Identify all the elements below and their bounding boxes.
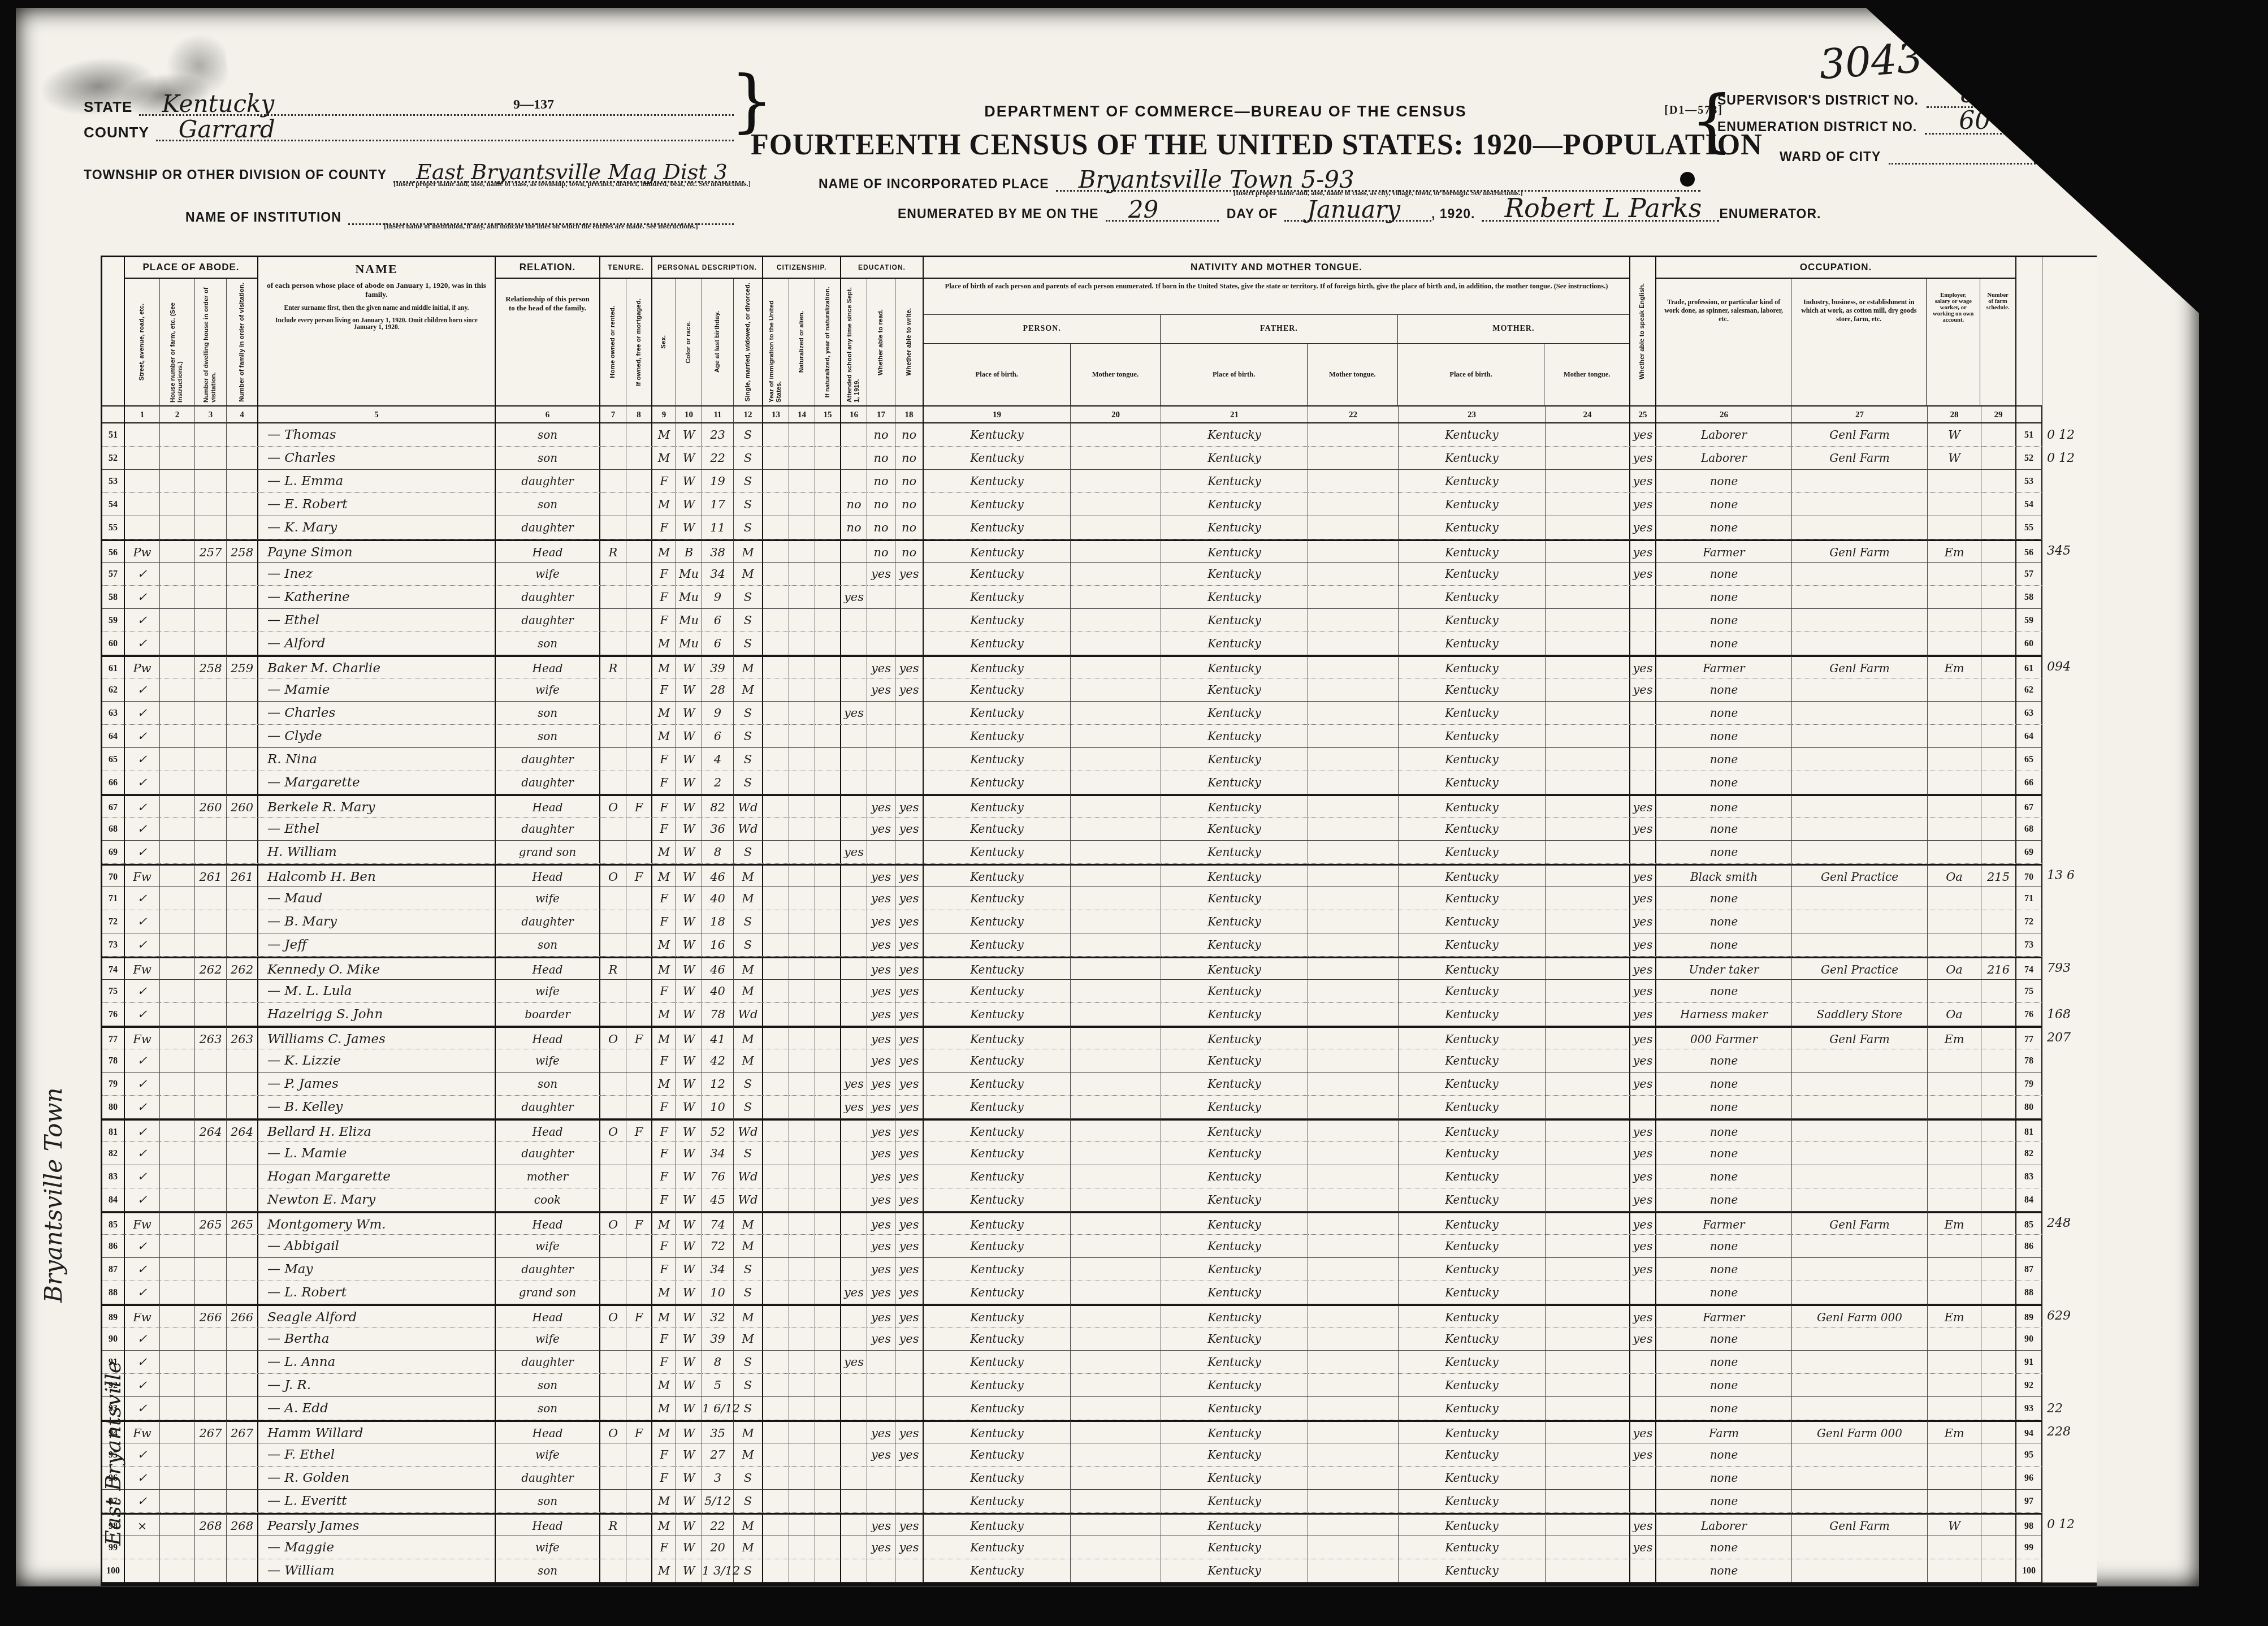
cell-marital: M xyxy=(734,1536,763,1559)
cell-mother_tongue_father xyxy=(1308,609,1399,632)
col-marital: Single, married, widowed, or divorced. xyxy=(734,279,763,405)
margin-note: 207 xyxy=(2042,1026,2096,1049)
cell-able_read: yes xyxy=(867,1443,895,1467)
col-sex: Sex. xyxy=(652,279,676,405)
cell-age: 46 xyxy=(702,864,734,887)
cell-year_naturalization xyxy=(815,678,841,702)
cell-industry xyxy=(1792,1235,1928,1258)
cell-pob_mother: Kentucky xyxy=(1399,1235,1546,1258)
cell-farm_schedule xyxy=(1981,1374,2016,1397)
cell-able_read: yes xyxy=(867,1026,895,1049)
census-table: PLACE OF ABODE. Street, avenue, road, et… xyxy=(101,256,2097,1586)
cell-family_number: 266 xyxy=(227,1304,258,1327)
cell-name: — William xyxy=(258,1559,496,1582)
section-name: NAME of each person whose place of abode… xyxy=(258,257,496,405)
cell-marital: S xyxy=(734,1096,763,1119)
cell-pob_person: Kentucky xyxy=(924,771,1071,794)
col-trade: Trade, profession, or partic­ular kind o… xyxy=(1656,279,1791,405)
cell-relation: boarder xyxy=(496,1003,600,1026)
cell-age: 38 xyxy=(702,539,734,563)
cell-mother_tongue_person xyxy=(1071,1490,1161,1513)
cell-dwelling_number xyxy=(195,1490,227,1513)
cell-able_read xyxy=(867,632,895,655)
cell-pob_father: Kentucky xyxy=(1161,1443,1308,1467)
section-tenure: TENURE. Home owned or rented. If owned, … xyxy=(600,257,652,405)
cell-dwelling_number xyxy=(195,725,227,748)
enumerated-prefix: ENUMERATED BY ME ON THE xyxy=(898,206,1099,222)
cell-pob_mother: Kentucky xyxy=(1399,748,1546,771)
cell-home_owned_or_rented xyxy=(600,632,626,655)
cell-free_or_mortgaged xyxy=(626,1327,652,1351)
col-pob-father: Place of birth. xyxy=(1161,344,1308,405)
cell-pob_mother: Kentucky xyxy=(1399,933,1546,957)
cell-speaks_english: yes xyxy=(1630,1212,1656,1235)
cell-name: — B. Kelley xyxy=(258,1096,496,1119)
cell-able_write: yes xyxy=(895,1188,924,1212)
cell-name: — Alford xyxy=(258,632,496,655)
margin-note: 228 xyxy=(2042,1420,2096,1443)
cell-mother_tongue_person xyxy=(1071,1073,1161,1096)
cell-year_immigration xyxy=(763,1026,789,1049)
cell-street: Fw xyxy=(125,864,160,887)
cell-year_immigration xyxy=(763,516,789,539)
table-row: 64✓— ClydesonMW6SKentuckyKentuckyKentuck… xyxy=(102,725,2097,748)
cell-pob_father: Kentucky xyxy=(1161,1142,1308,1165)
cell-home_owned_or_rented xyxy=(600,1142,626,1165)
table-row: 84✓Newton E. MarycookFW45WdyesyesKentuck… xyxy=(102,1188,2097,1212)
cell-farm_schedule xyxy=(1981,702,2016,725)
cell-attended_school xyxy=(841,1467,867,1490)
cell-able_read: yes xyxy=(867,678,895,702)
cell-able_read: yes xyxy=(867,1049,895,1073)
cell-dwelling_number xyxy=(195,1467,227,1490)
cell-home_owned_or_rented xyxy=(600,748,626,771)
cell-home_owned_or_rented: O xyxy=(600,1026,626,1049)
cell-able_write: yes xyxy=(895,1281,924,1304)
cell-naturalized xyxy=(789,1165,815,1188)
cell-home_owned_or_rented xyxy=(600,1096,626,1119)
cell-pob_father: Kentucky xyxy=(1161,516,1308,539)
cell-pob_person: Kentucky xyxy=(924,887,1071,910)
cell-color: W xyxy=(676,1073,702,1096)
cell-home_owned_or_rented xyxy=(600,516,626,539)
cell-trade: none xyxy=(1656,725,1792,748)
cell-farm_schedule xyxy=(1981,1119,2016,1142)
cell-year_immigration xyxy=(763,725,789,748)
col-number: 20 xyxy=(1071,405,1161,423)
cell-industry: Genl Farm xyxy=(1792,1513,1928,1536)
name-title: NAME xyxy=(264,262,489,276)
cell-house_number xyxy=(160,725,195,748)
table-row: 100— WilliamsonMW1 3/12SKentuckyKentucky… xyxy=(102,1559,2097,1584)
cell-able_read: yes xyxy=(867,1420,895,1443)
cell-naturalized xyxy=(789,1536,815,1559)
cell-trade: none xyxy=(1656,1142,1792,1165)
cell-speaks_english: yes xyxy=(1630,1304,1656,1327)
nativity-note: Place of birth of each person and parent… xyxy=(924,279,1629,315)
cell-name: — J. R. xyxy=(258,1374,496,1397)
margin-note xyxy=(2042,470,2096,493)
cell-name: R. Nina xyxy=(258,748,496,771)
line-number-right: 79 xyxy=(2016,1073,2042,1096)
col-number: 23 xyxy=(1399,405,1546,423)
cell-naturalized xyxy=(789,516,815,539)
cell-trade: none xyxy=(1656,748,1792,771)
cell-home_owned_or_rented xyxy=(600,1351,626,1374)
cell-age: 9 xyxy=(702,702,734,725)
cell-mother_tongue_mother xyxy=(1546,1443,1630,1467)
cell-pob_mother: Kentucky xyxy=(1399,725,1546,748)
cell-marital: M xyxy=(734,1212,763,1235)
cell-age: 20 xyxy=(702,1536,734,1559)
line-number-right: 52 xyxy=(2016,447,2042,470)
cell-pob_mother: Kentucky xyxy=(1399,1188,1546,1212)
cell-industry: Genl Practice xyxy=(1792,957,1928,980)
cell-employer_class xyxy=(1928,632,1981,655)
line-number-left: 64 xyxy=(102,725,125,748)
cell-dwelling_number xyxy=(195,818,227,841)
cell-pob_mother: Kentucky xyxy=(1399,1467,1546,1490)
cell-employer_class xyxy=(1928,702,1981,725)
table-row: 88✓— L. Robertgrand sonMW10SyesyesyesKen… xyxy=(102,1281,2097,1304)
cell-year_naturalization xyxy=(815,1119,841,1142)
cell-pob_person: Kentucky xyxy=(924,864,1071,887)
cell-free_or_mortgaged xyxy=(626,1397,652,1420)
cell-industry xyxy=(1792,1165,1928,1188)
cell-house_number xyxy=(160,910,195,933)
cell-name: Williams C. James xyxy=(258,1026,496,1049)
cell-free_or_mortgaged xyxy=(626,1467,652,1490)
cell-street xyxy=(125,470,160,493)
margin-note xyxy=(2042,1049,2096,1073)
cell-free_or_mortgaged xyxy=(626,1536,652,1559)
cell-relation: wife xyxy=(496,1443,600,1467)
cell-mother_tongue_father xyxy=(1308,910,1399,933)
cell-sex: M xyxy=(652,864,676,887)
cell-sex: F xyxy=(652,1467,676,1490)
cell-able_write xyxy=(895,771,924,794)
cell-pob_person: Kentucky xyxy=(924,1467,1071,1490)
cell-relation: Head xyxy=(496,1119,600,1142)
cell-attended_school xyxy=(841,910,867,933)
cell-pob_father: Kentucky xyxy=(1161,1096,1308,1119)
cell-industry xyxy=(1792,1073,1928,1096)
cell-mother_tongue_person xyxy=(1071,1119,1161,1142)
cell-year_immigration xyxy=(763,1142,789,1165)
col-number: 29 xyxy=(1981,405,2016,423)
cell-pob_person: Kentucky xyxy=(924,1235,1071,1258)
line-number-left: 59 xyxy=(102,609,125,632)
cell-name: — Maggie xyxy=(258,1536,496,1559)
col-home-owned: Home owned or rented. xyxy=(600,279,626,405)
cell-home_owned_or_rented xyxy=(600,609,626,632)
cell-industry: Genl Farm xyxy=(1792,1026,1928,1049)
cell-naturalized xyxy=(789,1096,815,1119)
cell-able_write xyxy=(895,1490,924,1513)
cell-home_owned_or_rented xyxy=(600,1258,626,1281)
cell-pob_father: Kentucky xyxy=(1161,1420,1308,1443)
cell-marital: M xyxy=(734,1304,763,1327)
cell-sex: M xyxy=(652,1073,676,1096)
cell-able_write: yes xyxy=(895,1513,924,1536)
cell-speaks_english: yes xyxy=(1630,887,1656,910)
column-numbers-row: 1234567891011121314151617181920212223242… xyxy=(102,405,2097,423)
cell-year_immigration xyxy=(763,933,789,957)
cell-speaks_english: yes xyxy=(1630,493,1656,516)
cell-street: ✓ xyxy=(125,1490,160,1513)
col-number: 22 xyxy=(1308,405,1399,423)
cell-home_owned_or_rented xyxy=(600,818,626,841)
cell-year_naturalization xyxy=(815,1235,841,1258)
margin-note-inner: East Bryantsville xyxy=(101,1003,125,1546)
cell-street: ✓ xyxy=(125,1003,160,1026)
line-number-right: 89 xyxy=(2016,1304,2042,1327)
cell-able_read: yes xyxy=(867,1258,895,1281)
cell-marital: S xyxy=(734,1490,763,1513)
cell-able_read xyxy=(867,1467,895,1490)
line-number-gutter-right xyxy=(2016,257,2042,405)
cell-pob_mother: Kentucky xyxy=(1399,1374,1546,1397)
cell-speaks_english xyxy=(1630,632,1656,655)
cell-mother_tongue_mother xyxy=(1546,423,1630,447)
cell-industry: Genl Farm xyxy=(1792,447,1928,470)
cell-dwelling_number xyxy=(195,933,227,957)
cell-pob_mother: Kentucky xyxy=(1399,423,1546,447)
cell-free_or_mortgaged xyxy=(626,1003,652,1026)
cell-pob_father: Kentucky xyxy=(1161,1119,1308,1142)
cell-dwelling_number xyxy=(195,1096,227,1119)
cell-mother_tongue_person xyxy=(1071,1096,1161,1119)
cell-able_write: yes xyxy=(895,1096,924,1119)
cell-free_or_mortgaged: F xyxy=(626,794,652,818)
cell-attended_school xyxy=(841,1119,867,1142)
col-free-mortgaged: If owned, free or mortgaged. xyxy=(626,279,652,405)
cell-age: 16 xyxy=(702,933,734,957)
cell-name: Bellard H. Eliza xyxy=(258,1119,496,1142)
line-number-right: 82 xyxy=(2016,1142,2042,1165)
cell-speaks_english: yes xyxy=(1630,1443,1656,1467)
cell-sex: F xyxy=(652,1165,676,1188)
cell-family_number xyxy=(227,470,258,493)
cell-age: 76 xyxy=(702,1165,734,1188)
cell-speaks_english xyxy=(1630,771,1656,794)
cell-industry xyxy=(1792,748,1928,771)
cell-name: — Abbigail xyxy=(258,1235,496,1258)
cell-speaks_english: yes xyxy=(1630,1142,1656,1165)
line-number-right: 81 xyxy=(2016,1119,2042,1142)
cell-farm_schedule xyxy=(1981,933,2016,957)
cell-sex: F xyxy=(652,470,676,493)
line-number-left: 62 xyxy=(102,678,125,702)
cell-mother_tongue_father xyxy=(1308,1142,1399,1165)
cell-name: Berkele R. Mary xyxy=(258,794,496,818)
cell-attended_school xyxy=(841,609,867,632)
cell-name: — Charles xyxy=(258,447,496,470)
cell-naturalized xyxy=(789,864,815,887)
cell-dwelling_number: 262 xyxy=(195,957,227,980)
col-number: 16 xyxy=(841,405,867,423)
cell-dwelling_number xyxy=(195,1397,227,1420)
cell-trade: Harness maker xyxy=(1656,1003,1792,1026)
cell-naturalized xyxy=(789,1374,815,1397)
cell-naturalized xyxy=(789,1304,815,1327)
cell-farm_schedule xyxy=(1981,423,2016,447)
cell-relation: wife xyxy=(496,1049,600,1073)
line-number-right: 87 xyxy=(2016,1258,2042,1281)
cell-trade: none xyxy=(1656,887,1792,910)
cell-pob_father: Kentucky xyxy=(1161,1258,1308,1281)
cell-mother_tongue_mother xyxy=(1546,1258,1630,1281)
line-number-right: 61 xyxy=(2016,655,2042,678)
cell-sex: M xyxy=(652,1420,676,1443)
cell-farm_schedule xyxy=(1981,1443,2016,1467)
cell-marital: M xyxy=(734,1026,763,1049)
cell-name: — Maud xyxy=(258,887,496,910)
cell-employer_class xyxy=(1928,980,1981,1003)
cell-mother_tongue_mother xyxy=(1546,655,1630,678)
cell-employer_class xyxy=(1928,748,1981,771)
cell-trade: none xyxy=(1656,493,1792,516)
cell-street: ✓ xyxy=(125,748,160,771)
cell-mother_tongue_mother xyxy=(1546,493,1630,516)
cell-pob_person: Kentucky xyxy=(924,1559,1071,1582)
cell-dwelling_number xyxy=(195,493,227,516)
cell-house_number xyxy=(160,678,195,702)
cell-mother_tongue_mother xyxy=(1546,957,1630,980)
cell-house_number xyxy=(160,655,195,678)
cell-age: 1 3/12 xyxy=(702,1559,734,1582)
cell-color: W xyxy=(676,702,702,725)
cell-home_owned_or_rented xyxy=(600,1397,626,1420)
cell-color: Mu xyxy=(676,563,702,586)
cell-trade: none xyxy=(1656,933,1792,957)
cell-year_naturalization xyxy=(815,516,841,539)
cell-mother_tongue_father xyxy=(1308,794,1399,818)
cell-age: 9 xyxy=(702,586,734,609)
cell-employer_class xyxy=(1928,725,1981,748)
cell-name: — P. James xyxy=(258,1073,496,1096)
cell-relation: Head xyxy=(496,1304,600,1327)
cell-industry xyxy=(1792,771,1928,794)
cell-attended_school xyxy=(841,864,867,887)
cell-home_owned_or_rented xyxy=(600,1281,626,1304)
line-number-right: 68 xyxy=(2016,818,2042,841)
cell-farm_schedule xyxy=(1981,632,2016,655)
cell-dwelling_number xyxy=(195,1073,227,1096)
cell-street: × xyxy=(125,1513,160,1536)
cell-age: 5/12 xyxy=(702,1490,734,1513)
cell-industry xyxy=(1792,586,1928,609)
cell-house_number xyxy=(160,1073,195,1096)
cell-employer_class xyxy=(1928,1351,1981,1374)
cell-sex: F xyxy=(652,1235,676,1258)
cell-able_write xyxy=(895,702,924,725)
cell-farm_schedule xyxy=(1981,1235,2016,1258)
cell-street: ✓ xyxy=(125,1258,160,1281)
cell-year_naturalization xyxy=(815,1467,841,1490)
cell-able_write xyxy=(895,1559,924,1582)
cell-dwelling_number xyxy=(195,1374,227,1397)
cell-color: W xyxy=(676,1513,702,1536)
cell-employer_class: Oa xyxy=(1928,864,1981,887)
cell-industry xyxy=(1792,1327,1928,1351)
cell-name: Kennedy O. Mike xyxy=(258,957,496,980)
cell-age: 12 xyxy=(702,1073,734,1096)
cell-farm_schedule xyxy=(1981,1467,2016,1490)
cell-year_naturalization xyxy=(815,1003,841,1026)
cell-employer_class: Oa xyxy=(1928,1003,1981,1026)
enumerated-month-fill: January xyxy=(1284,215,1431,222)
cell-employer_class xyxy=(1928,1536,1981,1559)
line-number-right: 90 xyxy=(2016,1327,2042,1351)
brace-left: { xyxy=(1690,81,1733,160)
cell-year_naturalization xyxy=(815,586,841,609)
cell-able_read: yes xyxy=(867,1281,895,1304)
cell-trade: none xyxy=(1656,841,1792,864)
cell-family_number xyxy=(227,563,258,586)
enumerated-year: , 1920. xyxy=(1431,206,1475,222)
cell-year_immigration xyxy=(763,447,789,470)
cell-able_read: yes xyxy=(867,1142,895,1165)
cell-home_owned_or_rented xyxy=(600,423,626,447)
cell-mother_tongue_father xyxy=(1308,1559,1399,1582)
cell-free_or_mortgaged xyxy=(626,1188,652,1212)
margin-note: 0 12 xyxy=(2042,423,2096,447)
cell-employer_class xyxy=(1928,794,1981,818)
cell-naturalized xyxy=(789,493,815,516)
cell-color: W xyxy=(676,1119,702,1142)
cell-year_naturalization xyxy=(815,1490,841,1513)
cell-name: Baker M. Charlie xyxy=(258,655,496,678)
cell-house_number xyxy=(160,1026,195,1049)
line-number-right: 54 xyxy=(2016,493,2042,516)
cell-name: Pearsly James xyxy=(258,1513,496,1536)
cell-color: W xyxy=(676,1188,702,1212)
cell-color: W xyxy=(676,1258,702,1281)
cell-pob_father: Kentucky xyxy=(1161,1327,1308,1351)
cell-pob_father: Kentucky xyxy=(1161,1049,1308,1073)
cell-naturalized xyxy=(789,841,815,864)
cell-trade: none xyxy=(1656,1235,1792,1258)
cell-free_or_mortgaged xyxy=(626,1235,652,1258)
cell-industry xyxy=(1792,1397,1928,1420)
cell-year_naturalization xyxy=(815,794,841,818)
cell-speaks_english: yes xyxy=(1630,933,1656,957)
cell-relation: wife xyxy=(496,1327,600,1351)
cell-pob_father: Kentucky xyxy=(1161,1188,1308,1212)
cell-employer_class xyxy=(1928,1281,1981,1304)
cell-able_write: yes xyxy=(895,1026,924,1049)
cell-farm_schedule xyxy=(1981,1351,2016,1374)
cell-free_or_mortgaged: F xyxy=(626,1119,652,1142)
cell-home_owned_or_rented xyxy=(600,1443,626,1467)
nativity-mother: MOTHER. xyxy=(1398,315,1629,343)
cell-color: W xyxy=(676,516,702,539)
cell-name: — Jeff xyxy=(258,933,496,957)
cell-pob_father: Kentucky xyxy=(1161,563,1308,586)
cell-free_or_mortgaged xyxy=(626,655,652,678)
cell-speaks_english: yes xyxy=(1630,655,1656,678)
col-number: 8 xyxy=(626,405,652,423)
cell-year_immigration xyxy=(763,1119,789,1142)
cell-age: 32 xyxy=(702,1304,734,1327)
nativity-person: PERSON. xyxy=(924,315,1161,343)
cell-farm_schedule xyxy=(1981,1188,2016,1212)
cell-attended_school xyxy=(841,1327,867,1351)
cell-name: — Clyde xyxy=(258,725,496,748)
cell-house_number xyxy=(160,493,195,516)
cell-home_owned_or_rented xyxy=(600,1165,626,1188)
